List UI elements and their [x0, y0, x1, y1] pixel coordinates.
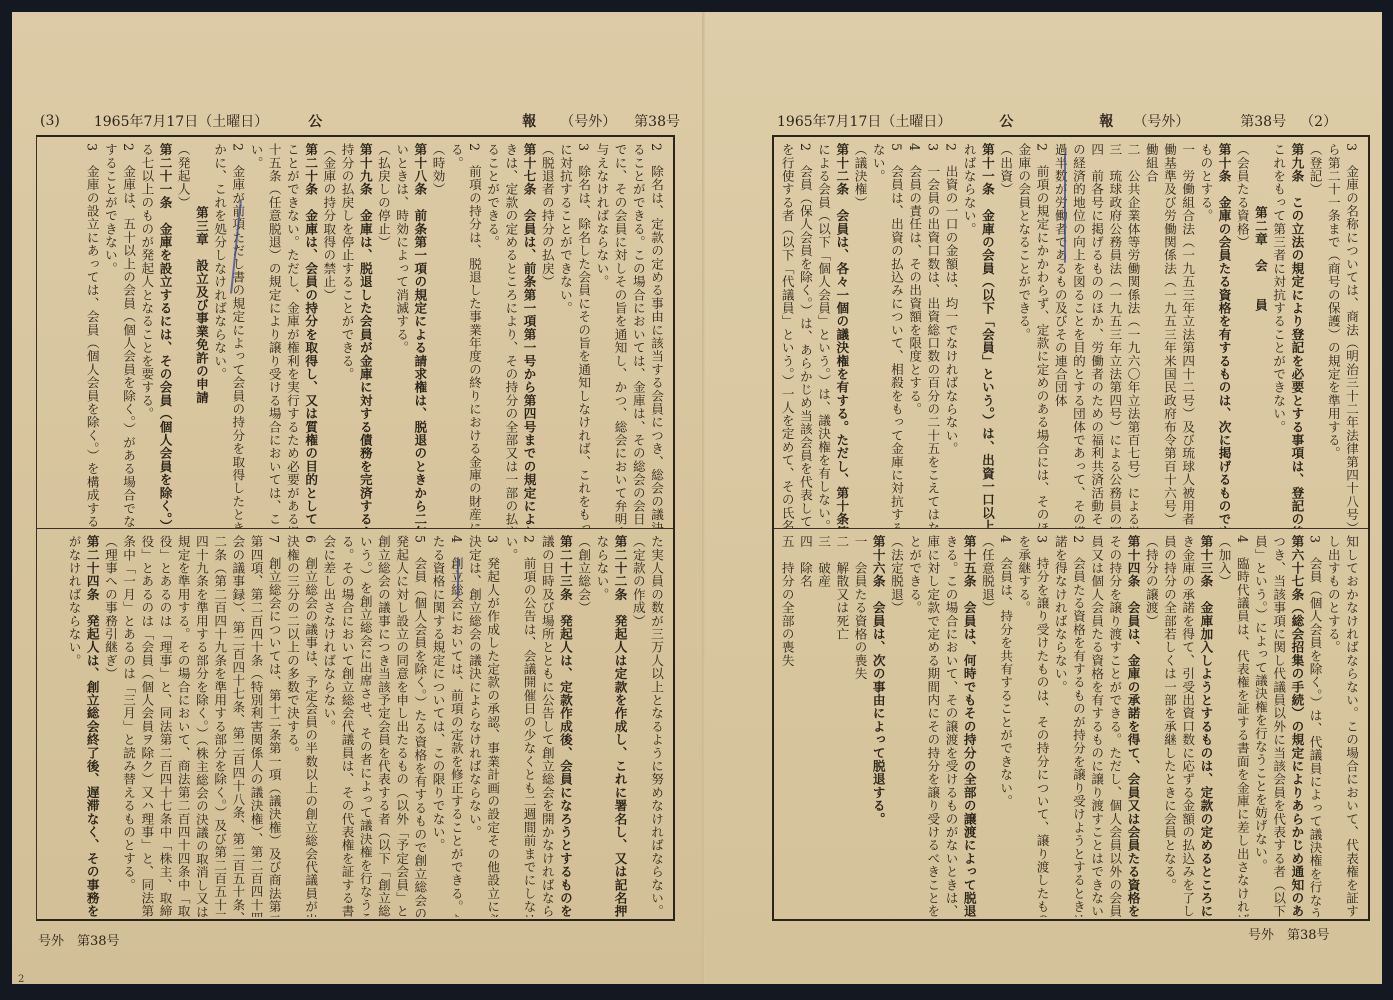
text-line: 決権の三分の二以上の多数で決する。 [283, 535, 301, 917]
gazette-title-2: 報 [1099, 111, 1113, 131]
text-line: 条中「一月」とあるのは「三月」と読み替えるものとする。 [119, 535, 137, 917]
text-line: 2 会員たる資格を有するものが持分を譲り受けようとするときは、金庫の承 [1069, 535, 1087, 917]
text-line: 第六十七条（総会招集の手続）の規定によりあらかじめ通知のあった事項に [1287, 535, 1305, 917]
text-line: 員又は個人会員たる資格を有するものに譲り渡すことはできない。 [1087, 535, 1105, 917]
left-page-footer: 号外 第38号 [38, 930, 120, 949]
text-line: 第十三条 金庫加入しようとするものは、定款の定めるところにより、加入につ [1196, 535, 1214, 917]
text-line: 3 金庫の設立にあっては、会員（個人会員を除く。）を構成する者を合計し [83, 143, 101, 528]
pen-mark [457, 557, 459, 597]
text-line: 第十六条 会員は、次の事由によって脱退する。 [869, 535, 887, 917]
text-line: た実人員の数が三万人以上となるように努めなければならない。 [647, 535, 665, 917]
text-line: 第十四条 会員は、金庫の承諾を得て、会員又は会員たる資格を有するものに [1123, 535, 1141, 917]
text-line: 第十八条 前条第一項の規定による請求権は、脱退のときから二年間行なわな [410, 143, 428, 528]
text-line: 規定を準用する。その場合において、商法第二百四十四条中「取締役及監査 [174, 535, 192, 917]
text-line: 金庫の会員となることができる。 [1014, 143, 1032, 528]
text-line: 第十九条 金庫は、脱退した会員が金庫に対する債務を完済するまでは、その [356, 143, 374, 528]
text-line: いときは、時効によって消滅する。 [392, 143, 410, 528]
issue-number: 第38号 [634, 111, 680, 131]
edition-label: （号外） [1133, 111, 1189, 131]
text-line: かに、これを処分しなければならない。 [210, 143, 228, 528]
text-line: 2 前項の持分は、脱退した事業年度の終りにおける金庫の財産によって定め [465, 143, 483, 528]
text-line: 4 臨時代議員は、代表権を証する書面を金庫に差し出さなければならない。 [1233, 535, 1251, 917]
text-line: 決定は、創立総会の議決によらなければならない。 [465, 535, 483, 917]
text-line: 三 琉球政府公務員法（一九五三年立法第四号）による公務員の団体 [1105, 143, 1123, 528]
text-line: る。その場合において創立総会代議員は、その代表権を証する書面を創立総 [337, 535, 355, 917]
text-line: 第十二条 会員は、各々一個の議決権を有する。ただし、第十条第二項の規定 [832, 143, 850, 528]
text-line: 3 一会員の出資口数は、出資総口数の百分の二十五をこえてはならない。 [923, 143, 941, 528]
text-line: を行使する者（以下「代議員」という。）一人を定めて、その氏名を金庫に通 [778, 143, 796, 528]
text-line: たる資格に関する規定については、この限りでない。 [428, 535, 446, 917]
text-line: き金庫の承諾を得て、引受出資口数に応ずる金額の払込みを了した時又は会 [1178, 535, 1196, 917]
page-number: （2） [1300, 111, 1337, 131]
text-line: 発起人に対し設立の同意を申し出たるもの（以外「予定会員」という。）は、 [392, 535, 410, 917]
text-line: 過半数が労働者であるもの及びその連合団体 [1051, 143, 1069, 528]
text-line: いう。）を創立総会に出席させ、その者によって議決権を行なうことができ [356, 535, 374, 917]
article-caption: （創立総会） [574, 535, 592, 917]
text-line: 二 解散又は死亡 [832, 535, 850, 917]
text-line: 4 創立総会においては、前項の定款を修正することができる。ただし、会員 [447, 535, 465, 917]
text-line: 第四項、第二百四十条（特別利害関係人の議決権）、第二百四十四条（株主総 [246, 535, 264, 917]
page-number: (3) [40, 113, 60, 129]
text-line: 庫に対し定款で定める期間内にその持分を譲り受けるべきことを請求するこ [923, 535, 941, 917]
text-line: ることができる。 [483, 143, 501, 528]
article-caption: （加入） [1214, 535, 1232, 917]
text-line: 5 会員（個人会員を除く。）たる資格を有するもので創立総会の会日までに [410, 535, 428, 917]
text-line: 2 会員（保人会員を除く。）は、あらかじめ当該会員を代表してその議決権 [796, 143, 814, 528]
text-line: 4 会員の責任は、その出資額を限度とする。 [905, 143, 923, 528]
gazette-spread: (3) 1965年7月17日（土曜日） 公 報 （号外） 第38号 2 除名は、… [12, 12, 1382, 984]
text-line: 第二十条 金庫は、会員の持分を取得し、又は質権の目的としてこれを受ける [301, 143, 319, 528]
text-line: 役」とあるのは「理事」と、同法第二百四十七条中「株主、取締役又ハ監査 [155, 535, 173, 917]
text-line: い。 [501, 535, 519, 917]
text-line: でに、その会員に対しその旨を通知し、かつ、総会において弁明する機会を [610, 143, 628, 528]
text-line: 6 創立総会の議事は、予定会員の半数以上の創立総会代議員が出席して、議 [301, 535, 319, 917]
text-line: 会に差し出さなければならない。 [319, 535, 337, 917]
text-line: 第二章 会 員 [1251, 143, 1269, 528]
text-line: 第二十四条 発起人は、創立総会終了後、遅滞なく、その事務を理事に引き継 [83, 535, 101, 917]
text-line: 第二十三条 発起人は、定款作成後、会員になろうとするものを募り、定款を会 [556, 535, 574, 917]
text-line: きは、定款の定めるところにより、その持分の全部又は一部の払戻を請求す [501, 143, 519, 528]
text-line: 3 持分を譲り受けたものは、その持分について、譲り渡したものの権利義務 [1032, 535, 1050, 917]
text-line: ない。 [869, 143, 887, 528]
text-line: 会の議事録）、第二百四十七条、第二百四十八条、第二百五十条、第二百五十 [228, 535, 246, 917]
text-line: つき、当該事項に関し代議員以外に当該会員を代表する者（以下「臨時代議 [1269, 535, 1287, 917]
right-top-column-block: 3 金庫の名称については、商法（明治三十二年法律第四十八号）第十九条から第二十一… [774, 137, 1368, 528]
article-caption: （払戻しの停止） [374, 143, 392, 528]
text-line: 与えなければならない。 [592, 143, 610, 528]
gazette-title-1: 公 [308, 111, 322, 131]
text-line: きる。この場合において、その譲渡を受けるものがないときは、会員は、金 [941, 535, 959, 917]
text-line: を承継する。 [1014, 535, 1032, 917]
text-line: 四十九条を準用する部分を除く。）（株主総会の決議の取消し又は無効）の [192, 535, 210, 917]
text-line: 知しておかなければならない。この場合において、代表権を証する書面を差 [1342, 535, 1360, 917]
text-line: がなければならない。 [64, 535, 82, 917]
text-line: 一 会員たる資格の喪失 [850, 535, 868, 917]
left-page-header: (3) 1965年7月17日（土曜日） 公 報 （号外） 第38号 [40, 108, 680, 134]
text-line: る。 [447, 143, 465, 528]
text-line: 二 公共企業体等労働関係法（一九六〇年立法第百七号）による労働組合 [1123, 143, 1141, 528]
article-caption: （理事への事務引継ぎ） [101, 535, 119, 917]
article-caption: （発起人） [174, 143, 192, 528]
article-caption: （脱退者の持分の払戻） [538, 143, 556, 528]
text-line: 持分の払戻しを停止することができる。 [337, 143, 355, 528]
text-line: ものとする。 [1196, 143, 1214, 528]
article-caption: （法定脱退） [887, 535, 905, 917]
text-line: 第十七条 会員は、前条第一項第一号から第四号までの規定により脱退したと [519, 143, 537, 528]
text-line: し出すものとする。 [1324, 535, 1342, 917]
text-line: 2 金庫は、五十以上の会員（個人会員を除く。）がある場合でなければ設立 [119, 143, 137, 528]
text-line: 働組合 [1142, 143, 1160, 528]
gazette-title-1: 公 [999, 111, 1013, 131]
text-line: その持分を譲り渡すことができる。ただし、個人会員以外の会員は、個人会 [1105, 535, 1123, 917]
text-line: る七以上のものが発起人となることを要する。 [137, 143, 155, 528]
text-line: 2 金庫が前項ただし書の規定によって会員の持分を取得したときは、すみや [228, 143, 246, 528]
text-line: 員の持分の全部若しくは一部を承継したときに会員となる。 [1160, 535, 1178, 917]
left-bottom-column-block: た実人員の数が三万人以上となるように努めなければならない。（定款の作成）第二十二… [37, 529, 673, 917]
text-line: 二条（第二百四十九条を準用する部分を除く。）及び第二百五十三条（第二百 [210, 535, 228, 917]
edition-label: （号外） [560, 111, 616, 131]
text-line: い。 [246, 143, 264, 528]
right-page-header: 1965年7月17日（土曜日） 公 報 （号外） 第38号 （2） [777, 108, 1337, 134]
text-line: 一 労働組合法（一九五三年立法第四十二号）及び琉球人被用者に対する労 [1178, 143, 1196, 528]
text-line: 員」という。）によって議決権を行なうことを妨げない。 [1251, 535, 1269, 917]
text-line: 第二十一条 金庫を設立するには、その会員（個人会員を除く。）になろうとす [155, 143, 173, 528]
text-line: 2 前項の規定にかかわらず、定款に定めのある場合には、そのほの労働者も [1032, 143, 1050, 528]
right-page: 1965年7月17日（土曜日） 公 報 （号外） 第38号 （2） 3 金庫の名… [705, 12, 1382, 984]
issue-number: 第38号 [1240, 111, 1286, 131]
right-bottom-column-block: 知しておかなければならない。この場合において、代表権を証する書面を差し出すものと… [774, 529, 1368, 917]
article-caption: （定款の作成） [629, 535, 647, 917]
text-line: 4 会員は、持分を共有することができない。 [996, 535, 1014, 917]
text-line: に対抗することができない。 [556, 143, 574, 528]
text-line: 創立総会の議事につき当該予定会員を代表する者（以下「創立総会代議員」と [374, 535, 392, 917]
text-line: ることができる。この場合においては、金庫は、その総会の会日の十日前ま [629, 143, 647, 528]
text-line: 第三章 設立及び事業免許の申請 [192, 143, 210, 528]
right-page-text-frame: 3 金庫の名称については、商法（明治三十二年法律第四十八号）第十九条から第二十一… [772, 135, 1370, 921]
article-caption: （金庫の持分取得の禁止） [319, 143, 337, 528]
text-line: の経済的地位の向上を図ることを目的とする団体であって、その構成員の [1069, 143, 1087, 528]
article-caption: （出資） [996, 143, 1014, 528]
left-page-text-frame: 2 除名は、定款の定める事由に該当する会員につき、総会の議決によってすることがで… [36, 135, 675, 921]
text-line: 第十五条 会員は、何時でもその持分の全部の譲渡によって脱退することがで [960, 535, 978, 917]
text-line: 五 持分の全部の喪失 [778, 535, 796, 917]
text-line: ればならない。 [960, 143, 978, 528]
left-page: (3) 1965年7月17日（土曜日） 公 報 （号外） 第38号 2 除名は、… [12, 12, 705, 984]
left-top-column-block: 2 除名は、定款の定める事由に該当する会員につき、総会の議決によってすることがで… [37, 137, 673, 528]
text-line: とができる。 [905, 535, 923, 917]
text-line: ならない。 [592, 535, 610, 917]
article-caption: （時効） [428, 143, 446, 528]
text-line: 三 破産 [814, 535, 832, 917]
issue-date: 1965年7月17日（土曜日） [777, 111, 951, 131]
article-caption: （議決権） [850, 143, 868, 528]
text-line: 3 会員（個人会員を除く。）は、代議員によって議決権を行なう。ただし、 [1305, 535, 1323, 917]
text-line: 四 除名 [796, 535, 814, 917]
text-line: による会員（以下「個人会員」という。）は、議決権を有しない。 [814, 143, 832, 528]
text-line: 7 創立総会については、第十二条第一項（議決権）及び商法第二百三十九条 [265, 535, 283, 917]
text-line: 2 前項の公告は、会議開催日の少なくとも二週間前までにしなければならな [519, 535, 537, 917]
text-line: 四 前各号に掲げるもののほか、労働者のための福利共済活動その他労働者 [1087, 143, 1105, 528]
article-caption: （会員たる資格） [1233, 143, 1251, 528]
text-line: 議の日時及び場所とともに公告して創立総会を開かなければならない。 [538, 535, 556, 917]
issue-date: 1965年7月17日（土曜日） [94, 111, 268, 131]
article-caption: （持分の譲渡） [1142, 535, 1160, 917]
text-line: 2 除名は、定款の定める事由に該当する会員につき、総会の議決によってす [647, 143, 665, 528]
text-line: 3 除名は、除名した会員にその旨を通知しなければ、これをもってその会員 [574, 143, 592, 528]
text-line: 第二十二条 発起人は定款を作成し、これに署名し、又は記名押印しなければ [610, 535, 628, 917]
text-line: 第九条 この立法の規定により登記を必要とする事項は、登記の後でなければ、 [1287, 143, 1305, 528]
corner-mark: 2 [18, 974, 24, 985]
text-line: 第十一条 金庫の会員（以下「会員」という。）は、出資一口以上を有しなけ [978, 143, 996, 528]
article-caption: （任意脱退） [978, 535, 996, 917]
text-line: これをもって第三者に対抗することができない。 [1269, 143, 1287, 528]
text-line: 2 出資の一口の金額は、均一でなければならない。 [941, 143, 959, 528]
pen-mark [1064, 153, 1066, 263]
text-line: 3 発起人が作成した定款の承認、事業計画の設定その他設立に必要な事項の [483, 535, 501, 917]
text-line: 働基準及び労働関係法（一九五三年米国民政府布令第百十六号）による労 [1160, 143, 1178, 528]
article-caption: （登記） [1305, 143, 1323, 528]
text-line: ことができない。ただし、金庫が権利を実行するため必要がある場合又は第 [283, 143, 301, 528]
text-line: ら第二十一条まで（商号の保護）の規定を準用する。 [1324, 143, 1342, 528]
text-line: 3 金庫の名称については、商法（明治三十二年法律第四十八号）第十九条か [1342, 143, 1360, 528]
text-line: することができない。 [101, 143, 119, 528]
text-line: 諾を得なければならない。 [1051, 535, 1069, 917]
gazette-title-2: 報 [522, 111, 536, 131]
text-line: 第十条 金庫の会員たる資格を有するものは、次に掲げるもので定款で定める [1214, 143, 1232, 528]
right-page-footer: 号外 第38号 [1248, 924, 1330, 943]
text-line: 役」とあるのは「会員（個人会員ヲ除ク）又ハ理事」と、同法第二百四十八 [137, 535, 155, 917]
text-line: 5 会員は、出資の払込みについて、相殺をもって金庫に対抗することができ [887, 143, 905, 528]
text-line: 十五条（任意脱退）の規定により譲り受ける場合においては、この限りでな [265, 143, 283, 528]
